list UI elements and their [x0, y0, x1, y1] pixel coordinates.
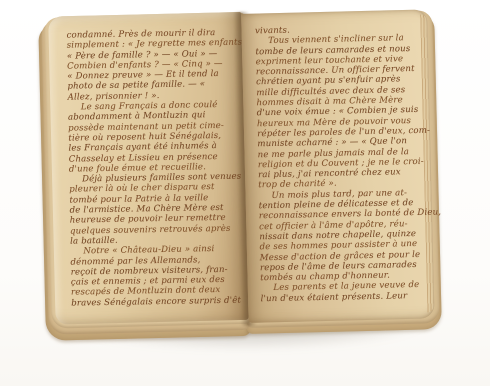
left-page-text: condamné. Près de mourir il dira simplem… [66, 28, 243, 309]
handwritten-line: braves Sénégalais encore surpris d'êt [71, 295, 243, 308]
right-page: vivants. Tous viennent s'incliner sur la… [241, 9, 434, 322]
right-page-text: vivants. Tous viennent s'incliner sur la… [255, 23, 431, 305]
open-notebook: condamné. Près de mourir il dira simplem… [38, 7, 442, 339]
left-page: condamné. Près de mourir il dira simplem… [48, 12, 248, 325]
photograph-of-open-notebook: condamné. Près de mourir il dira simplem… [0, 0, 490, 386]
